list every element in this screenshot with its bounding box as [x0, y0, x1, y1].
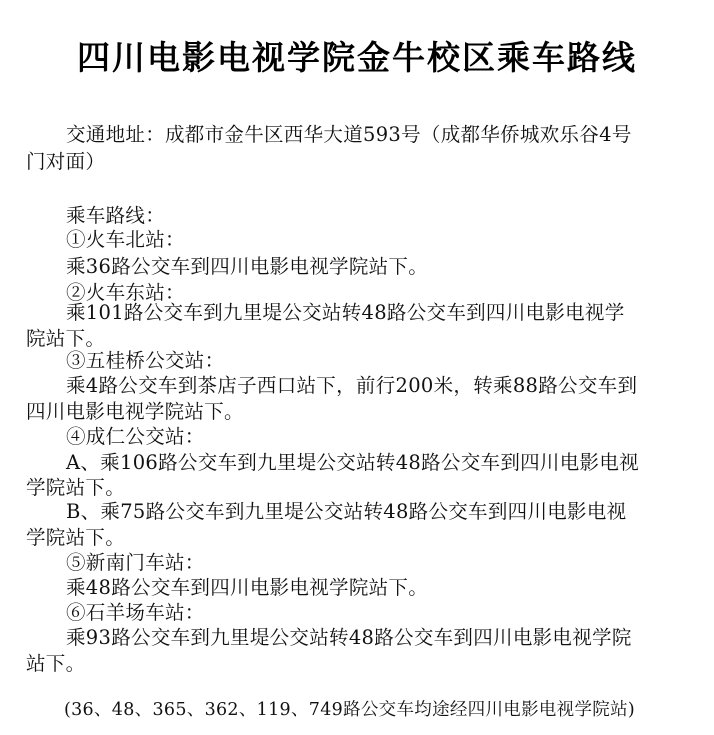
route-5-heading: ⑤新南门车站： [66, 549, 205, 577]
route-6-heading: ⑥石羊场车站： [66, 599, 205, 627]
route-3-heading: ③五桂桥公交站： [66, 347, 224, 375]
route-3-line: 四川电影电视学院站下。 [26, 398, 244, 426]
route-1-heading: ①火车北站： [66, 226, 185, 254]
route-2-line: 乘101路公交车到九里堤公交站转48路公交车到四川电影电视学 [66, 299, 625, 327]
route-4-option-a: A、乘106路公交车到九里堤公交站转48路公交车到四川电影电视 [66, 449, 639, 477]
route-6-line: 乘93路公交车到九里堤公交站转48路公交车到四川电影电视学院 [66, 624, 632, 652]
route-3-line: 乘4路公交车到茶店子西口站下，前行200米，转乘88路公交车到 [66, 372, 637, 400]
footnote: (36、48、365、362、119、749路公交车均途经四川电影电视学院站) [64, 696, 635, 724]
address-line-1: 交通地址：成都市金牛区西华大道593号（成都华侨城欢乐谷4号 [66, 121, 632, 149]
page-title: 四川电影电视学院金牛校区乘车路线 [0, 36, 714, 80]
route-4-option-b: B、乘75路公交车到九里堤公交站转48路公交车到四川电影电视 [66, 498, 626, 526]
address-line-2: 门对面） [26, 148, 105, 176]
route-4-heading: ④成仁公交站： [66, 423, 205, 451]
route-5-line: 乘48路公交车到四川电影电视学院站下。 [66, 574, 428, 602]
route-4-option-b-cont: 学院站下。 [26, 524, 125, 552]
route-1-line: 乘36路公交车到四川电影电视学院站下。 [66, 253, 428, 281]
route-6-line: 站下。 [26, 650, 85, 678]
